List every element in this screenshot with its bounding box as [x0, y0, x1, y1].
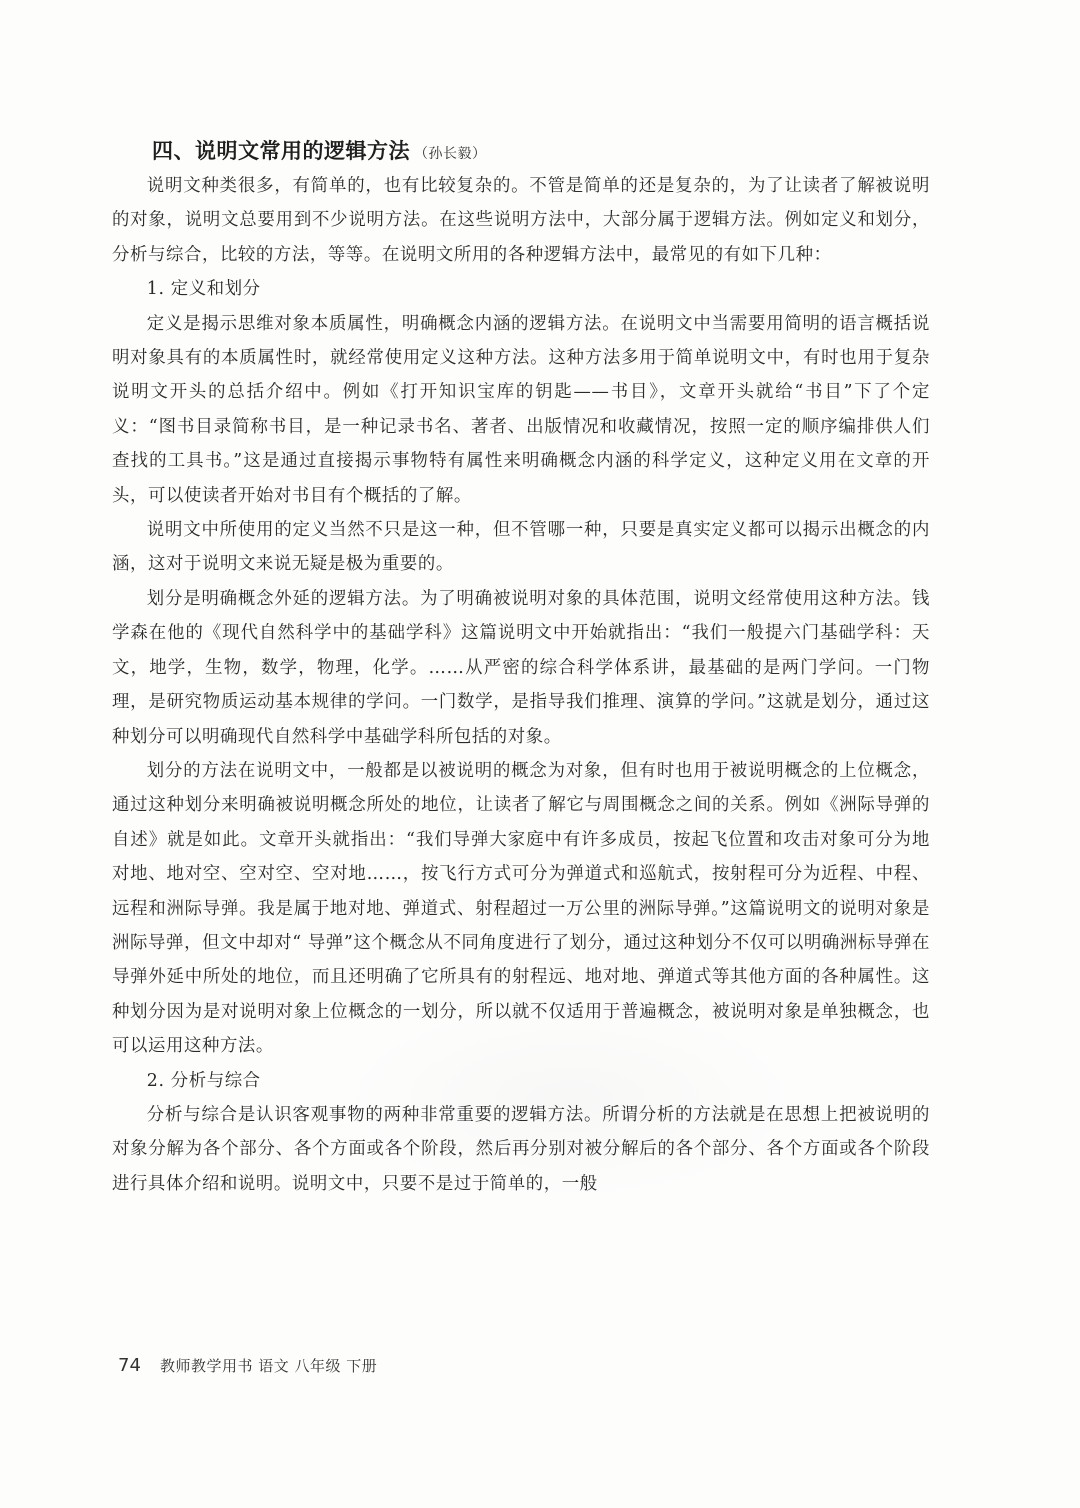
book-title: 教师教学用书 语文 八年级 下册: [160, 1357, 377, 1375]
page-footer: 74 教师教学用书 语文 八年级 下册: [118, 1355, 377, 1376]
paragraph: 划分是明确概念外延的逻辑方法。为了明确被说明对象的具体范围，说明文经常使用这种方…: [112, 582, 930, 754]
page-content: 四、说明文常用的逻辑方法（孙长毅） 说明文种类很多，有简单的，也有比较复杂的。不…: [112, 133, 930, 1201]
paragraph: 划分的方法在说明文中，一般都是以被说明的概念为对象，但有时也用于被说明概念的上位…: [112, 754, 930, 1064]
book-page: 四、说明文常用的逻辑方法（孙长毅） 说明文种类很多，有简单的，也有比较复杂的。不…: [0, 0, 1080, 1508]
section-title-text: 四、说明文常用的逻辑方法: [152, 139, 410, 163]
paragraph: 分析与综合是认识客观事物的两种非常重要的逻辑方法。所谓分析的方法就是在思想上把被…: [112, 1098, 930, 1201]
page-number: 74: [118, 1355, 141, 1376]
subsection-analysis-synthesis: 2. 分析与综合 分析与综合是认识客观事物的两种非常重要的逻辑方法。所谓分析的方…: [112, 1064, 930, 1202]
intro-paragraph: 说明文种类很多，有简单的，也有比较复杂的。不管是简单的还是复杂的，为了让读者了解…: [112, 169, 930, 272]
subsection-definition-division: 1. 定义和划分 定义是揭示思维对象本质属性，明确概念内涵的逻辑方法。在说明文中…: [112, 272, 930, 1063]
paragraph: 定义是揭示思维对象本质属性，明确概念内涵的逻辑方法。在说明文中当需要用简明的语言…: [112, 307, 930, 513]
subsection-heading: 2. 分析与综合: [112, 1064, 930, 1098]
section-author: （孙长毅）: [414, 146, 487, 162]
paragraph: 说明文中所使用的定义当然不只是这一种，但不管哪一种，只要是真实定义都可以揭示出概…: [112, 513, 930, 582]
subsection-heading: 1. 定义和划分: [112, 272, 930, 306]
section-title: 四、说明文常用的逻辑方法（孙长毅）: [152, 133, 930, 169]
